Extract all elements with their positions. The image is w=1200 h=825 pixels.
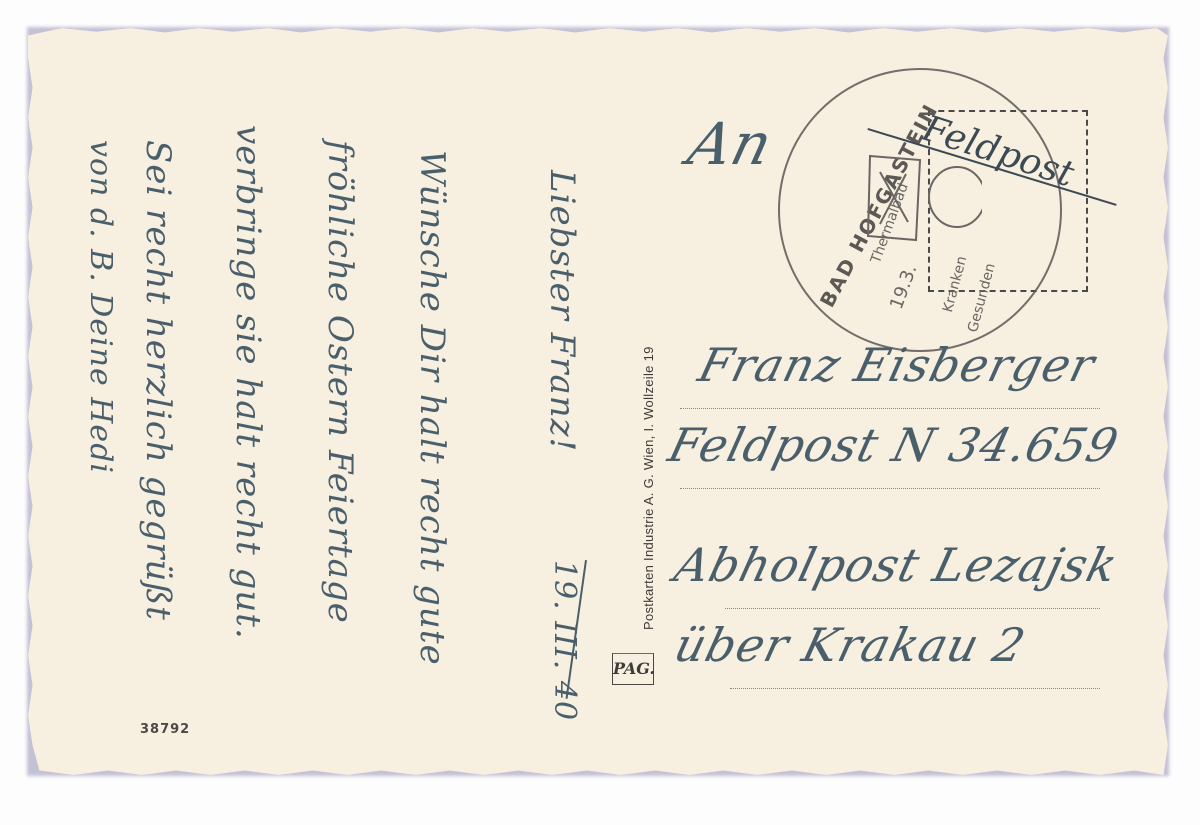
card-number: 38792 [140,722,190,737]
publisher-logo: PAG. [612,653,654,685]
message-salutation: Liebster Franz! [542,170,582,452]
address-feldpost-number: Feldpost N 34.659 [663,418,1124,472]
crossed-hammers-emblem-icon [862,152,982,247]
message-date: 19. III. 40 [547,560,582,721]
address-post-office: Abholpost Lezajsk [669,538,1123,592]
address-recipient: Franz Eisberger [693,338,1100,392]
address-dotted-line [680,488,1100,489]
address-dotted-line [680,408,1100,409]
message-line: verbringe sie halt recht gut. [228,125,268,640]
message-line: Wünsche Dir halt recht gute [412,150,452,666]
message-line: Sei recht herzlich gegrüßt [138,140,178,621]
message-line: fröhliche Ostern Feiertage [320,140,360,624]
publisher-imprint: Postkarten Industrie A. G. Wien, I. Woll… [641,346,656,630]
address-line-an: An [682,110,780,178]
message-signature: von d. B. Deine Hedi [83,140,118,474]
address-routing: über Krakau 2 [669,618,1031,672]
address-dotted-line [730,688,1100,689]
address-dotted-line [725,608,1100,609]
